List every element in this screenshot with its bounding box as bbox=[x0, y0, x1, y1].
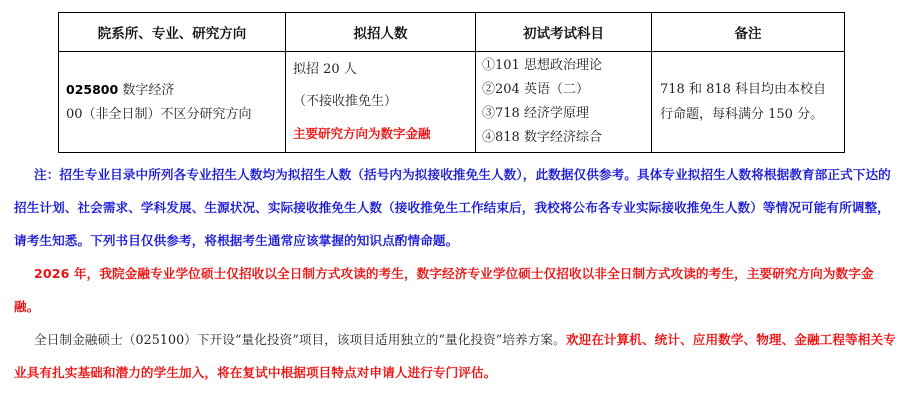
major-code: 025800 bbox=[66, 82, 118, 97]
admissions-table: 院系所、专业、研究方向 拟招人数 初试考试科目 备注 025800 数字经济 0… bbox=[58, 12, 845, 153]
subject-item: ①101 思想政治理论 bbox=[476, 54, 651, 78]
note-paragraph-quota-disclaimer: 注：招生专业目录中所列各专业招生人数均为拟招生人数（括号内为拟接收推免生人数），… bbox=[14, 158, 898, 257]
header-exam-subjects: 初试考试科目 bbox=[476, 13, 652, 52]
quota-count: 拟招 20 人 bbox=[293, 58, 468, 82]
header-quota: 拟招人数 bbox=[286, 13, 476, 52]
quota-cell: 拟招 20 人 （不接收推免生） 主要研究方向为数字金融 bbox=[286, 52, 476, 153]
subject-item: ③718 经济学原理 bbox=[476, 102, 651, 126]
table-row: 025800 数字经济 00（非全日制）不区分研究方向 拟招 20 人 （不接收… bbox=[59, 52, 845, 153]
remarks-cell: 718 和 818 科目均由本校自行命题，每科满分 150 分。 bbox=[652, 52, 845, 153]
quota-highlight: 主要研究方向为数字金融 bbox=[293, 122, 468, 146]
table-header-row: 院系所、专业、研究方向 拟招人数 初试考试科目 备注 bbox=[59, 13, 845, 52]
header-department: 院系所、专业、研究方向 bbox=[59, 13, 286, 52]
subject-item: ②204 英语（二） bbox=[476, 78, 651, 102]
quota-note: （不接收推免生） bbox=[293, 90, 468, 114]
note-paragraph-quant-program: 全日制金融硕士（025100）下开设“量化投资”项目，该项目适用独立的“量化投资… bbox=[14, 323, 898, 389]
subject-item: ④818 数字经济综合 bbox=[476, 126, 651, 150]
research-direction: 00（非全日制）不区分研究方向 bbox=[66, 103, 278, 127]
major-line: 025800 数字经济 bbox=[66, 78, 278, 103]
quant-program-description: 全日制金融硕士（025100）下开设“量化投资”项目，该项目适用独立的“量化投资… bbox=[34, 332, 566, 347]
department-cell: 025800 数字经济 00（非全日制）不区分研究方向 bbox=[59, 52, 286, 153]
exam-subjects-cell: ①101 思想政治理论 ②204 英语（二） ③718 经济学原理 ④818 数… bbox=[476, 52, 652, 153]
header-remarks: 备注 bbox=[652, 13, 845, 52]
remark-text: 718 和 818 科目均由本校自行命题，每科满分 150 分。 bbox=[652, 77, 844, 127]
major-name: 数字经济 bbox=[122, 83, 174, 98]
note-paragraph-study-mode: 2026 年，我院金融专业学位硕士仅招收以全日制方式攻读的考生，数字经济专业学位… bbox=[14, 257, 898, 323]
